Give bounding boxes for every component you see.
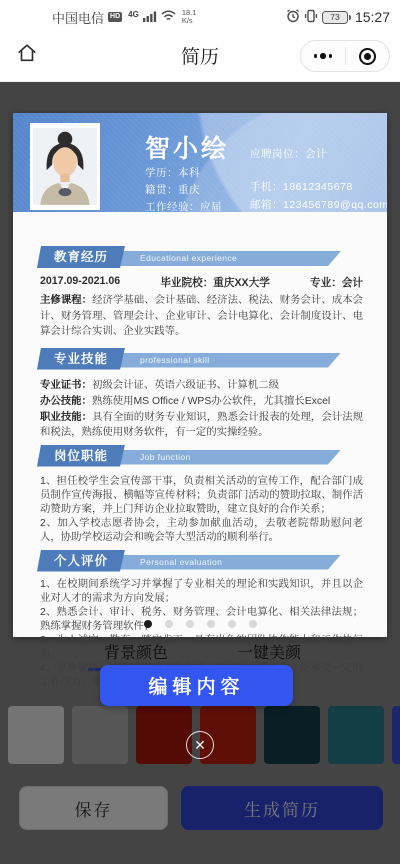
evaluation-item: 1、在校期间系统学习并掌握了专业相关的理论和实践知识，并且以企业对人才的需求为方…	[40, 578, 363, 606]
close-icon: ✕	[194, 738, 206, 752]
section-jobfunction-header: Job function 岗位职能	[40, 445, 363, 467]
education-school: 毕业院校：重庆XX大学	[160, 275, 269, 290]
pager-dot[interactable]	[207, 620, 215, 628]
status-right: 73 15:27	[286, 9, 390, 26]
status-left: 中国电信 HD 4G 18.1 K/s	[52, 8, 196, 27]
evaluation-item: 3、为人诚实、勤奋、踏实肯干，具有出色的团队协作能力和工作执行力；	[40, 634, 363, 662]
resume-header: 智小绘 学历：本科 籍贯：重庆 工作经验：应届 应聘岗位：会计 手机：18612…	[13, 113, 387, 212]
education-period: 2017.09-2021.06	[40, 275, 120, 290]
miniprogram-capsule	[300, 40, 390, 72]
courses-label: 主修课程：	[40, 295, 92, 306]
content-area: 背景颜色 一键美颜 保存 生成简历	[0, 82, 400, 864]
section-education-header: Educational experience 教育经历	[40, 246, 363, 268]
skill-label: 职业技能：	[40, 412, 92, 423]
email-field: 邮箱：123456789@qq.com	[250, 197, 387, 212]
wifi-icon	[161, 10, 176, 25]
pager-dot[interactable]	[249, 620, 257, 628]
resume-preview-card[interactable]: 智小绘 学历：本科 籍贯：重庆 工作经验：应届 应聘岗位：会计 手机：18612…	[13, 113, 387, 637]
carrier-label: 中国电信	[52, 8, 104, 27]
skill-item: 专业证书：初级会计证、英语六级证书、计算机二级	[40, 378, 363, 393]
exit-icon	[359, 48, 376, 65]
hometown-field: 籍贯：重庆	[145, 182, 200, 197]
id-photo	[30, 123, 100, 210]
position-field: 应聘岗位：会计	[250, 146, 327, 161]
section-skills-header: professional skill 专业技能	[40, 348, 363, 370]
alarm-icon	[286, 9, 300, 26]
section-evaluation-header: Personal evaluation 个人评价	[40, 550, 363, 572]
degree-field: 学历：本科	[145, 165, 200, 180]
vibrate-icon	[304, 9, 318, 26]
network-type-label: 4G	[128, 10, 139, 19]
pager-dot[interactable]	[228, 620, 236, 628]
jobfunction-item: 2、加入学校志愿者协会，主动参加献血活动，去敬老院帮助慰问老人，协助学校运动会和…	[40, 517, 363, 545]
skill-text: 熟练使用MS Office / WPS办公软件，尤其擅长Excel	[92, 396, 330, 407]
candidate-name: 智小绘	[145, 129, 229, 165]
home-button[interactable]	[12, 41, 42, 71]
education-row: 2017.09-2021.06 毕业院校：重庆XX大学 专业：会计	[40, 275, 363, 290]
more-icon	[314, 53, 333, 59]
pager-dot[interactable]	[165, 620, 173, 628]
status-bar: 中国电信 HD 4G 18.1 K/s	[0, 0, 400, 30]
section-subtitle: Personal evaluation	[140, 557, 222, 567]
phone-screen: 中国电信 HD 4G 18.1 K/s	[0, 0, 400, 864]
section-title: 个人评价	[37, 550, 125, 572]
jobfunction-list: 1、担任校学生会宣传部干事，负责相关活动的宣传工作，配合部门成员制作宣传海报、横…	[40, 475, 363, 545]
signal-icon	[143, 10, 157, 25]
skill-item: 职业技能：具有全面的财务专业知识，熟悉会计报表的处理，会计法规和税法，熟练使用财…	[40, 410, 363, 440]
edit-content-button[interactable]: 编辑内容	[100, 665, 293, 706]
phone-field: 手机：18612345678	[250, 179, 353, 194]
experience-field: 工作经验：应届	[145, 199, 222, 212]
skill-text: 初级会计证、英语六级证书、计算机二级	[92, 380, 279, 391]
pager-dot[interactable]	[144, 620, 152, 628]
skill-label: 专业证书：	[40, 380, 92, 391]
section-subtitle: Educational experience	[140, 253, 237, 263]
battery-indicator: 73	[322, 11, 348, 24]
section-title: 专业技能	[37, 348, 125, 370]
more-button[interactable]	[301, 41, 345, 71]
network-speed: 18.1 K/s	[182, 9, 197, 25]
section-subtitle: Job function	[140, 452, 191, 462]
nav-bar: 简历	[0, 30, 400, 82]
page-indicator	[13, 620, 387, 628]
section-subtitle: professional skill	[140, 355, 210, 365]
jobfunction-item: 1、担任校学生会宣传部干事，负责相关活动的宣传工作，配合部门成员制作宣传海报、横…	[40, 475, 363, 517]
home-icon	[16, 42, 38, 69]
speed-unit: K/s	[182, 17, 197, 25]
skill-label: 办公技能：	[40, 396, 92, 407]
section-title: 岗位职能	[37, 445, 125, 467]
hd-badge: HD	[108, 12, 122, 22]
section-title: 教育经历	[37, 246, 125, 268]
education-major: 专业：会计	[310, 275, 363, 290]
skills-list: 专业证书：初级会计证、英语六级证书、计算机二级 办公技能：熟练使用MS Offi…	[40, 378, 363, 440]
skill-item: 办公技能：熟练使用MS Office / WPS办公软件，尤其擅长Excel	[40, 394, 363, 409]
education-courses: 主修课程：经济学基础、会计基础、经济法、税法、财务会计、成本会计、财务管理、管理…	[40, 293, 363, 340]
pager-dot[interactable]	[186, 620, 194, 628]
clock-label: 15:27	[355, 9, 390, 25]
close-button[interactable]: ✕	[186, 731, 214, 759]
exit-button[interactable]	[346, 41, 390, 71]
